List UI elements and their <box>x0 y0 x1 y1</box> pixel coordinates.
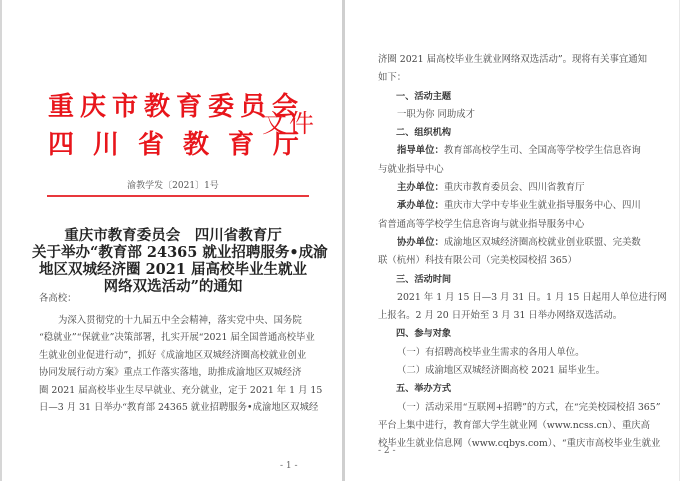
body-line: “稳就业”“保就业”决策部署，扎实开展“2021 届全国普通高校毕业 <box>39 329 304 347</box>
document-number: 渝教学发〔2021〕1号 <box>2 178 344 191</box>
section-heading-method: 五、举办方式 <box>378 380 663 398</box>
line-text: 重庆市大学中专毕业生就业指导服务中心、四川 <box>444 200 641 211</box>
title-line: 重庆市教育委员会 四川省教育厅 <box>32 227 314 244</box>
title-line: 地区双城经济圈 2021 届高校毕业生就业 <box>32 261 314 278</box>
section-heading-organization: 二、组织机构 <box>378 124 663 142</box>
labeled-line: 协办单位：成渝地区双城经济圈高校就业创业联盟、完美数 <box>378 234 663 252</box>
page-number: - 2 - <box>378 446 396 456</box>
labeled-line: 主办单位：重庆市教育委员会、四川省教育厅 <box>378 179 663 197</box>
page-1-body: 各高校： 为深入贯彻党的十九届五中全会精神，落实党中央、国务院 “稳就业”“保就… <box>39 290 304 417</box>
body-line: 为深入贯彻党的十九届五中全会精神，落实党中央、国务院 <box>39 312 304 330</box>
page-number: - 1 - <box>280 461 298 471</box>
line-text: 教育部高校学生司、全国高等学校学生信息咨询 <box>444 145 641 156</box>
document-page-1: 重庆市教育委员会 四川省教育厅 文件 渝教学发〔2021〕1号 重庆市教育委员会… <box>0 0 342 481</box>
letterhead-suffix: 文件 <box>262 104 316 140</box>
line-text: 成渝地区双城经济圈高校就业创业联盟、完美数 <box>444 237 641 248</box>
section-heading-time: 三、活动时间 <box>378 271 663 289</box>
body-line: 校毕业生就业信息网（www.cqbys.com）、“重庆市高校毕业生就业 <box>378 435 663 453</box>
title-line: 关于举办“教育部 24365 就业招聘服务•成渝 <box>32 244 314 261</box>
body-line: 生就业创业促进行动”，抓好《成渝地区双城经济圈高校就业创业 <box>39 347 304 365</box>
body-line: 上报名。2 月 20 日开始至 3 月 31 日举办网络双选活动。 <box>378 307 663 325</box>
body-line: 济圈 2021 届高校毕业生就业网络双选活动”。现将有关事宜通知 <box>378 51 663 69</box>
body-line: 协同发展行动方案》重点工作落实落地，助推成渝地区双城经济 <box>39 364 304 382</box>
body-line: （二）成渝地区双城经济圈高校 2021 届毕业生。 <box>378 362 663 380</box>
body-line: 如下： <box>378 69 663 87</box>
section-heading-theme: 一、活动主题 <box>378 88 663 106</box>
red-letterhead: 重庆市教育委员会 四川省教育厅 文件 <box>48 86 318 166</box>
salutation: 各高校： <box>39 290 304 308</box>
labeled-line: 指导单位：教育部高校学生司、全国高等学校学生信息咨询 <box>378 142 663 160</box>
body-line: 与就业指导中心 <box>378 161 663 179</box>
labeled-line: 承办单位：重庆市大学中专毕业生就业指导服务中心、四川 <box>378 197 663 215</box>
line-label: 协办单位： <box>397 237 444 248</box>
body-line: 联（杭州）科技有限公司（完美校园校招 365） <box>378 252 663 270</box>
document-title: 重庆市教育委员会 四川省教育厅 关于举办“教育部 24365 就业招聘服务•成渝… <box>32 227 314 295</box>
body-line: 2021 年 1 月 15 日—3 月 31 日。1 月 15 日起用人单位进行… <box>378 289 663 307</box>
body-line: 一职为你 同助成才 <box>378 106 663 124</box>
body-line: 日—3 月 31 日举办“教育部 24365 就业招聘服务•成渝地区双城经 <box>39 399 304 417</box>
line-text: 重庆市教育委员会、四川省教育厅 <box>444 182 585 193</box>
line-label: 指导单位： <box>397 145 444 156</box>
line-label: 承办单位： <box>397 200 444 211</box>
red-divider <box>47 195 309 197</box>
body-line: 省普通高等学校学生信息咨询与就业指导服务中心 <box>378 216 663 234</box>
body-line: 圈 2021 届高校毕业生尽早就业、充分就业，定于 2021 年 1 月 15 <box>39 382 304 400</box>
body-line: （一）有招聘高校毕业生需求的各用人单位。 <box>378 344 663 362</box>
page-2-body: 济圈 2021 届高校毕业生就业网络双选活动”。现将有关事宜通知 如下： 一、活… <box>378 51 663 454</box>
line-label: 主办单位： <box>397 182 444 193</box>
body-line: （一）活动采用“互联网+招聘”的方式，在“完美校园校招 365” <box>378 399 663 417</box>
body-line: 平台上集中进行，教育部大学生就业网（www.ncss.cn）、重庆高 <box>378 417 663 435</box>
section-heading-participants: 四、参与对象 <box>378 325 663 343</box>
